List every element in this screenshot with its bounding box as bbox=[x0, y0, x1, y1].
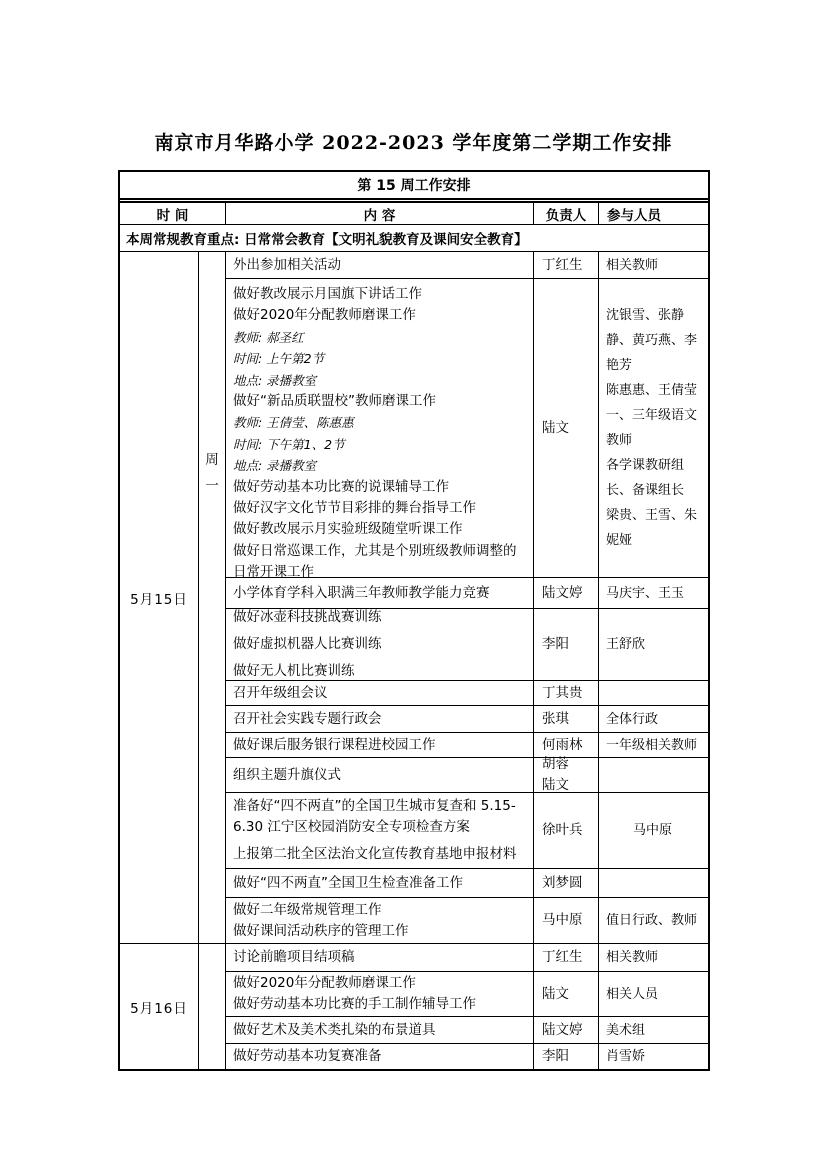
task-content-cell: 讨论前瞻项目结项稿 bbox=[226, 944, 534, 971]
task-row: 做好“四不两直”全国卫生检查准备工作刘梦圆 bbox=[226, 868, 708, 897]
task-participants-cell bbox=[599, 869, 708, 897]
task-content-cell: 做好教改展示月国旗下讲话工作做好2020年分配教师磨课工作教师: 郝圣红时间: … bbox=[226, 279, 534, 577]
task-participants-cell: 一年级相关教师 bbox=[599, 733, 708, 757]
weekday-cell bbox=[199, 944, 226, 1069]
task-row: 做好课后服务银行课程进校园工作何雨林一年级相关教师 bbox=[226, 732, 708, 757]
task-annotation-line: 地点: 录播教室 bbox=[233, 370, 529, 391]
participants-text: 王舒欣 bbox=[606, 634, 706, 655]
task-text-line: 做好二年级常规管理工作 bbox=[233, 900, 529, 921]
task-participants-cell: 全体行政 bbox=[599, 706, 708, 732]
task-participants-cell: 值日行政、教师 bbox=[599, 898, 708, 943]
task-text-line: 做好课间活动秩序的管理工作 bbox=[233, 921, 529, 942]
task-text-line: 做好劳动基本功复赛准备 bbox=[233, 1046, 529, 1067]
task-text-line: 上报第二批全区法治文化宣传教育基地申报材料 bbox=[233, 844, 529, 865]
participants-text: 相关教师 bbox=[606, 255, 706, 276]
participants-text: 值日行政、教师 bbox=[606, 910, 706, 931]
task-leader-cell: 陆文 bbox=[534, 972, 599, 1016]
task-content-cell: 召开社会实践专题行政会 bbox=[226, 706, 534, 732]
task-annotation-line: 教师: 王倩莹、陈惠惠 bbox=[233, 412, 529, 433]
task-content-cell: 做好艺术及美术类扎染的布景道具 bbox=[226, 1017, 534, 1043]
task-content-cell: 小学体育学科入职满三年教师教学能力竞赛 bbox=[226, 578, 534, 608]
task-content-cell: 做好冰壶科技挑战赛训练做好虚拟机器人比赛训练做好无人机比赛训练 bbox=[226, 609, 534, 680]
task-text-line: 做好2020年分配教师磨课工作 bbox=[233, 305, 529, 326]
task-text-line: 做好课后服务银行课程进校园工作 bbox=[233, 735, 529, 756]
task-leader-cell: 刘梦圆 bbox=[534, 869, 599, 897]
leader-name: 丁红生 bbox=[542, 255, 598, 276]
date-cell: 5月15日 bbox=[120, 252, 199, 943]
col-header-participants: 参与人员 bbox=[599, 203, 708, 224]
task-content-cell: 准备好“四不两直”的全国卫生城市复查和 5.15-6.30 江宁区校园消防安全专… bbox=[226, 793, 534, 868]
task-text-line: 做好无人机比赛训练 bbox=[233, 661, 529, 682]
leader-name: 李阳 bbox=[542, 634, 598, 655]
task-leader-cell: 徐叶兵 bbox=[534, 793, 599, 868]
leader-name: 马中原 bbox=[542, 910, 598, 931]
task-leader-cell: 丁红生 bbox=[534, 252, 599, 278]
participants-text: 全体行政 bbox=[606, 709, 706, 730]
task-participants-cell: 肖雪娇 bbox=[599, 1044, 708, 1069]
task-row: 外出参加相关活动丁红生相关教师 bbox=[226, 252, 708, 278]
task-annotation-line: 地点: 录播教室 bbox=[233, 455, 529, 476]
participants-text: 陈惠惠、王倩莹 bbox=[606, 378, 706, 403]
task-row: 做好2020年分配教师磨课工作做好劳动基本功比赛的手工制作辅导工作陆文相关人员 bbox=[226, 971, 708, 1016]
task-text-line: 做好汉字文化节节目彩排的舞台指导工作 bbox=[233, 498, 529, 519]
leader-name: 刘梦圆 bbox=[542, 873, 598, 894]
leader-name: 陆文婷 bbox=[542, 1020, 598, 1041]
task-text-line: 准备好“四不两直”的全国卫生城市复查和 5.15-6.30 江宁区校园消防安全专… bbox=[233, 796, 529, 838]
task-leader-cell: 丁红生 bbox=[534, 944, 599, 971]
col-header-time: 时 间 bbox=[120, 203, 226, 224]
participants-text: 相关教师 bbox=[606, 947, 706, 968]
leader-name: 陆文婷 bbox=[542, 583, 598, 604]
col-header-content: 内 容 bbox=[226, 203, 534, 224]
task-annotation-line: 教师: 郝圣红 bbox=[233, 327, 529, 348]
task-leader-cell: 李阳 bbox=[534, 1044, 599, 1069]
task-text-line: 做好艺术及美术类扎染的布景道具 bbox=[233, 1020, 529, 1041]
task-participants-cell: 美术组 bbox=[599, 1017, 708, 1043]
task-row: 做好冰壶科技挑战赛训练做好虚拟机器人比赛训练做好无人机比赛训练李阳王舒欣 bbox=[226, 608, 708, 680]
task-row: 做好二年级常规管理工作做好课间活动秩序的管理工作马中原值日行政、教师 bbox=[226, 897, 708, 943]
task-row: 准备好“四不两直”的全国卫生城市复查和 5.15-6.30 江宁区校园消防安全专… bbox=[226, 792, 708, 868]
leader-name: 张琪 bbox=[542, 709, 598, 730]
task-text-line: 做好教改展示月实验班级随堂听课工作 bbox=[233, 519, 529, 540]
task-content-cell: 做好二年级常规管理工作做好课间活动秩序的管理工作 bbox=[226, 898, 534, 943]
leader-name: 陆文 bbox=[542, 984, 598, 1005]
task-row: 讨论前瞻项目结项稿丁红生相关教师 bbox=[226, 944, 708, 971]
task-row: 召开年级组会议丁其贵 bbox=[226, 680, 708, 705]
task-row: 做好艺术及美术类扎染的布景道具陆文婷美术组 bbox=[226, 1016, 708, 1043]
task-leader-cell: 张琪 bbox=[534, 706, 599, 732]
task-participants-cell bbox=[599, 758, 708, 792]
task-leader-cell: 陆文 bbox=[534, 279, 599, 577]
participants-text: 肖雪娇 bbox=[606, 1046, 706, 1067]
task-text-line: 做好“四不两直”全国卫生检查准备工作 bbox=[233, 873, 529, 894]
schedule-body: 5月15日周一外出参加相关活动丁红生相关教师做好教改展示月国旗下讲话工作做好20… bbox=[120, 251, 708, 1069]
task-participants-cell: 相关人员 bbox=[599, 972, 708, 1016]
participants-text: 沈银雪、张静静、黄巧燕、李艳芳 bbox=[606, 303, 706, 378]
task-text-line: 做好教改展示月国旗下讲话工作 bbox=[233, 284, 529, 305]
task-text-line: 做好“新品质联盟校”教师磨课工作 bbox=[233, 391, 529, 412]
col-header-leader: 负责人 bbox=[534, 203, 599, 224]
task-content-cell: 做好课后服务银行课程进校园工作 bbox=[226, 733, 534, 757]
participants-text: 马庆宇、王玉 bbox=[606, 583, 706, 604]
document-title: 南京市月华路小学 2022-2023 学年度第二学期工作安排 bbox=[0, 128, 827, 155]
task-content-cell: 召开年级组会议 bbox=[226, 681, 534, 705]
task-rows: 外出参加相关活动丁红生相关教师做好教改展示月国旗下讲话工作做好2020年分配教师… bbox=[226, 252, 708, 943]
task-participants-cell: 相关教师 bbox=[599, 944, 708, 971]
task-text-line: 召开年级组会议 bbox=[233, 683, 529, 704]
task-leader-cell: 丁其贵 bbox=[534, 681, 599, 705]
date-cell: 5月16日 bbox=[120, 944, 199, 1069]
task-row: 组织主题升旗仪式胡蓉陆文 bbox=[226, 757, 708, 792]
task-leader-cell: 陆文婷 bbox=[534, 578, 599, 608]
leader-name: 徐叶兵 bbox=[542, 820, 598, 841]
leader-name: 陆文 bbox=[542, 418, 598, 439]
task-text-line: 小学体育学科入职满三年教师教学能力竞赛 bbox=[233, 583, 529, 604]
task-row: 做好教改展示月国旗下讲话工作做好2020年分配教师磨课工作教师: 郝圣红时间: … bbox=[226, 278, 708, 577]
participants-text: 一、三年级语文教师 bbox=[606, 403, 706, 453]
task-row: 小学体育学科入职满三年教师教学能力竞赛陆文婷马庆宇、王玉 bbox=[226, 577, 708, 608]
task-row: 召开社会实践专题行政会张琪全体行政 bbox=[226, 705, 708, 732]
task-text-line: 做好劳动基本功比赛的手工制作辅导工作 bbox=[233, 994, 529, 1015]
weekly-focus-note: 本周常规教育重点: 日常常会教育【文明礼貌教育及课间安全教育】 bbox=[120, 224, 708, 251]
weekday-char: 一 bbox=[199, 473, 225, 499]
date-block: 5月16日讨论前瞻项目结项稿丁红生相关教师做好2020年分配教师磨课工作做好劳动… bbox=[120, 943, 708, 1069]
leader-name: 何雨林 bbox=[542, 735, 598, 756]
task-row: 做好劳动基本功复赛准备李阳肖雪娇 bbox=[226, 1043, 708, 1069]
participants-text: 各学课教研组长、备课组长 bbox=[606, 453, 706, 503]
task-text-line: 讨论前瞻项目结项稿 bbox=[233, 947, 529, 968]
weekday-cell: 周一 bbox=[199, 252, 226, 943]
task-text-line: 召开社会实践专题行政会 bbox=[233, 709, 529, 730]
task-leader-cell: 陆文婷 bbox=[534, 1017, 599, 1043]
document-page: 南京市月华路小学 2022-2023 学年度第二学期工作安排 第 15 周工作安… bbox=[0, 0, 827, 1170]
task-content-cell: 外出参加相关活动 bbox=[226, 252, 534, 278]
task-content-cell: 组织主题升旗仪式 bbox=[226, 758, 534, 792]
task-rows: 讨论前瞻项目结项稿丁红生相关教师做好2020年分配教师磨课工作做好劳动基本功比赛… bbox=[226, 944, 708, 1069]
participants-text: 马中原 bbox=[633, 820, 672, 841]
leader-name: 胡蓉 bbox=[542, 754, 598, 775]
leader-name: 丁其贵 bbox=[542, 683, 598, 704]
task-text-line: 做好虚拟机器人比赛训练 bbox=[233, 634, 529, 655]
task-leader-cell: 胡蓉陆文 bbox=[534, 758, 599, 792]
task-participants-cell bbox=[599, 681, 708, 705]
leader-name: 李阳 bbox=[542, 1046, 598, 1067]
participants-text: 相关人员 bbox=[606, 984, 706, 1005]
date-block: 5月15日周一外出参加相关活动丁红生相关教师做好教改展示月国旗下讲话工作做好20… bbox=[120, 251, 708, 943]
task-text-line: 做好劳动基本功比赛的说课辅导工作 bbox=[233, 477, 529, 498]
task-text-line: 组织主题升旗仪式 bbox=[233, 765, 529, 786]
task-content-cell: 做好“四不两直”全国卫生检查准备工作 bbox=[226, 869, 534, 897]
task-content-cell: 做好劳动基本功复赛准备 bbox=[226, 1044, 534, 1069]
task-participants-cell: 马庆宇、王玉 bbox=[599, 578, 708, 608]
task-participants-cell: 沈银雪、张静静、黄巧燕、李艳芳陈惠惠、王倩莹一、三年级语文教师各学课教研组长、备… bbox=[599, 279, 708, 577]
task-text-line: 做好2020年分配教师磨课工作 bbox=[233, 973, 529, 994]
leader-name: 丁红生 bbox=[542, 947, 598, 968]
task-text-line: 外出参加相关活动 bbox=[233, 255, 529, 276]
weekday-char: 周 bbox=[199, 447, 225, 473]
task-leader-cell: 马中原 bbox=[534, 898, 599, 943]
column-header-row: 时 间 内 容 负责人 参与人员 bbox=[120, 203, 708, 224]
task-content-cell: 做好2020年分配教师磨课工作做好劳动基本功比赛的手工制作辅导工作 bbox=[226, 972, 534, 1016]
task-annotation-line: 时间: 下午第1、2节 bbox=[233, 434, 529, 455]
task-participants-cell: 王舒欣 bbox=[599, 609, 708, 680]
schedule-table: 第 15 周工作安排 时 间 内 容 负责人 参与人员 本周常规教育重点: 日常… bbox=[118, 170, 710, 1071]
participants-text: 一年级相关教师 bbox=[606, 735, 706, 756]
task-text-line: 做好冰壶科技挑战赛训练 bbox=[233, 607, 529, 628]
task-annotation-line: 时间: 上午第2节 bbox=[233, 348, 529, 369]
task-participants-cell: 马中原 bbox=[599, 793, 708, 868]
task-participants-cell: 相关教师 bbox=[599, 252, 708, 278]
participants-text: 美术组 bbox=[606, 1020, 706, 1041]
task-leader-cell: 李阳 bbox=[534, 609, 599, 680]
week-header: 第 15 周工作安排 bbox=[120, 172, 708, 203]
participants-text: 梁贵、王雪、朱妮娅 bbox=[606, 503, 706, 553]
